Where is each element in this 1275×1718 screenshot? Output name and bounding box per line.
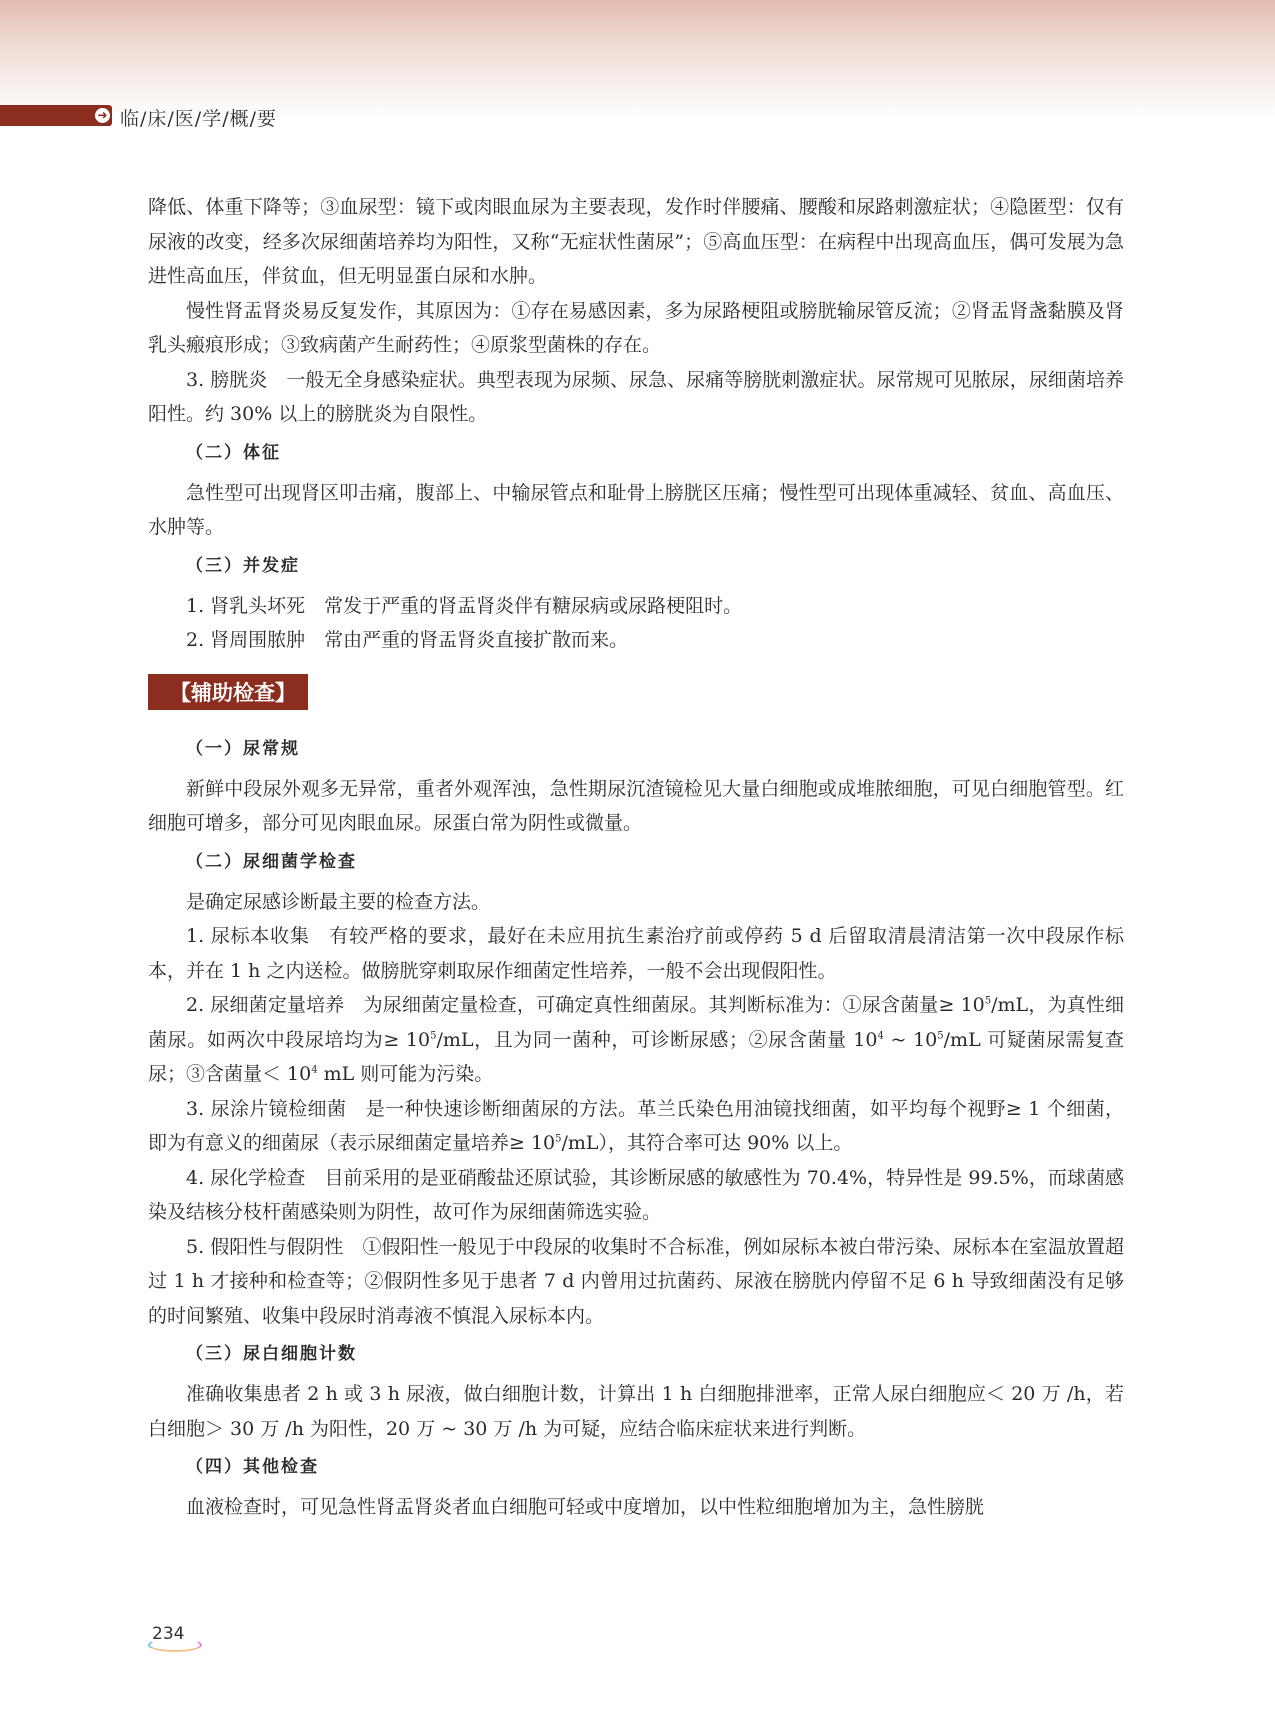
- paragraph-cystitis: 3. 膀胱炎 一般无全身感染症状。典型表现为尿频、尿急、尿痛等膀胱刺激症状。尿常…: [148, 363, 1124, 432]
- paragraph-wbc-count: 准确收集患者 2 h 或 3 h 尿液，做白细胞计数，计算出 1 h 白细胞排泄…: [148, 1377, 1124, 1446]
- section-title: 【辅助检查】: [170, 677, 296, 707]
- paragraph-bacteriology-intro: 是确定尿感诊断最主要的检查方法。: [148, 885, 1124, 920]
- subheading-urine-routine: （一）尿常规: [148, 732, 1124, 766]
- page-header-gradient: [0, 0, 1275, 120]
- arrow-right-circle-icon: ➜: [95, 108, 110, 123]
- paragraph-other-tests: 血液检查时，可见急性肾盂肾炎者血白细胞可轻或中度增加，以中性粒细胞增加为主，急性…: [148, 1490, 1124, 1525]
- text-run: 2. 尿细菌定量培养 为尿细菌定量检查，可确定真性细菌尿。其判断标准为：①尿含菌…: [186, 994, 985, 1016]
- book-title: 临/床/医/学/概/要: [120, 104, 277, 131]
- paragraph-specimen-collection: 1. 尿标本收集 有较严格的要求，最好在未应用抗生素治疗前或停药 5 d 后留取…: [148, 919, 1124, 988]
- text-run: /mL，且为同一菌种，可诊断尿感；②尿含菌量 10: [436, 1029, 877, 1051]
- subheading-other-tests: （四）其他检查: [148, 1450, 1124, 1484]
- subheading-wbc-count: （三）尿白细胞计数: [148, 1337, 1124, 1371]
- paragraph-urine-routine: 新鲜中段尿外观多无异常，重者外观浑浊，急性期尿沉渣镜检见大量白细胞或成堆脓细胞，…: [148, 772, 1124, 841]
- subheading-signs: （二）体征: [148, 436, 1124, 470]
- paragraph-smear-microscopy: 3. 尿涂片镜检细菌 是一种快速诊断细菌尿的方法。革兰氏染色用油镜找细菌，如平均…: [148, 1092, 1124, 1161]
- paragraph-false-results: 5. 假阳性与假阴性 ①假阳性一般见于中段尿的收集时不合标准，例如尿标本被白带污…: [148, 1230, 1124, 1334]
- paragraph-quantitative-culture: 2. 尿细菌定量培养 为尿细菌定量检查，可确定真性细菌尿。其判断标准为：①尿含菌…: [148, 988, 1124, 1092]
- paragraph-chronic-causes: 慢性肾盂肾炎易反复发作，其原因为：①存在易感因素，多为尿路梗阻或膀胱输尿管反流；…: [148, 294, 1124, 363]
- paragraph-signs: 急性型可出现肾区叩击痛，腹部上、中输尿管点和耻骨上膀胱区压痛；慢性型可出现体重减…: [148, 476, 1124, 545]
- text-run: mL 则可能为污染。: [318, 1063, 494, 1085]
- list-item-complication-1: 1. 肾乳头坏死 常发于严重的肾盂肾炎伴有糖尿病或尿路梗阻时。: [148, 589, 1124, 624]
- subheading-complications: （三）并发症: [148, 549, 1124, 583]
- page-content: 降低、体重下降等；③血尿型：镜下或肉眼血尿为主要表现，发作时伴腰痛、腰酸和尿路刺…: [148, 190, 1124, 1525]
- paragraph-chemical-test: 4. 尿化学检查 目前采用的是亚硝酸盐还原试验，其诊断尿感的敏感性为 70.4%…: [148, 1161, 1124, 1230]
- subheading-bacteriology: （二）尿细菌学检查: [148, 845, 1124, 879]
- section-heading-auxiliary-exams: 【辅助检查】: [148, 674, 308, 710]
- list-item-complication-2: 2. 肾周围脓肿 常由严重的肾盂肾炎直接扩散而来。: [148, 623, 1124, 658]
- paragraph-continued: 降低、体重下降等；③血尿型：镜下或肉眼血尿为主要表现，发作时伴腰痛、腰酸和尿路刺…: [148, 190, 1124, 294]
- page-number: 234: [152, 1624, 184, 1644]
- text-run: ~ 10: [884, 1029, 937, 1051]
- text-run: /mL），其符合率可达 90% 以上。: [562, 1132, 853, 1154]
